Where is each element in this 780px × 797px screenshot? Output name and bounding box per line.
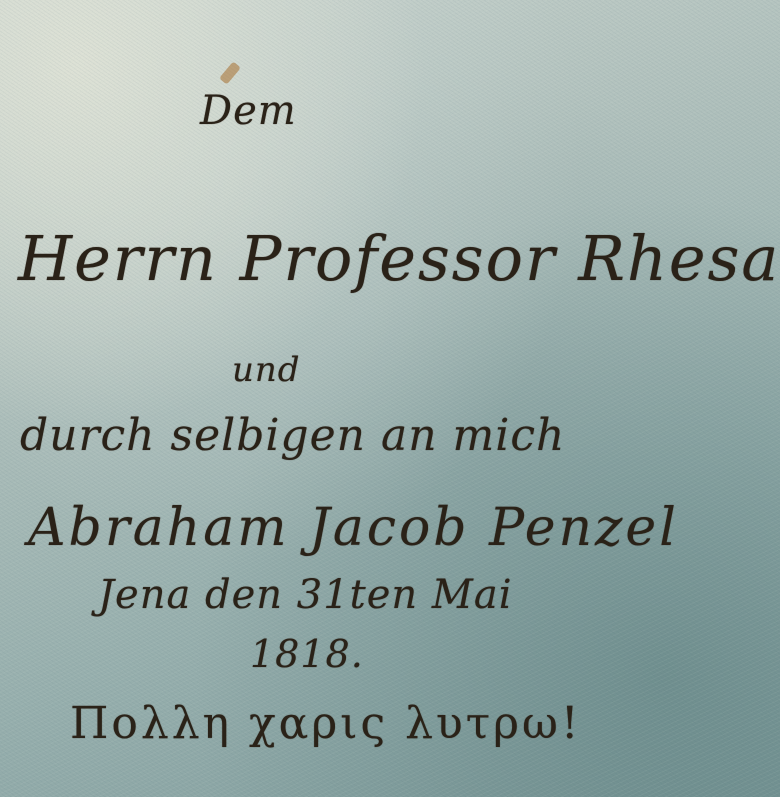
year-line: 1818.	[250, 632, 364, 676]
greek-closing-line: Πολλη χαρις λυτρω!	[70, 698, 582, 749]
paper-texture	[0, 0, 780, 797]
salutation-line: Dem	[200, 88, 297, 134]
recipient-line: Herrn Professor Rhesa	[18, 222, 780, 295]
place-date-line: Jena den 31ten Mai	[98, 572, 513, 618]
ink-stain	[219, 61, 241, 84]
intermediary-line: durch selbigen an mich	[20, 410, 565, 461]
signature-name: Abraham Jacob Penzel	[28, 498, 679, 558]
conjunction-line: und	[232, 350, 301, 390]
